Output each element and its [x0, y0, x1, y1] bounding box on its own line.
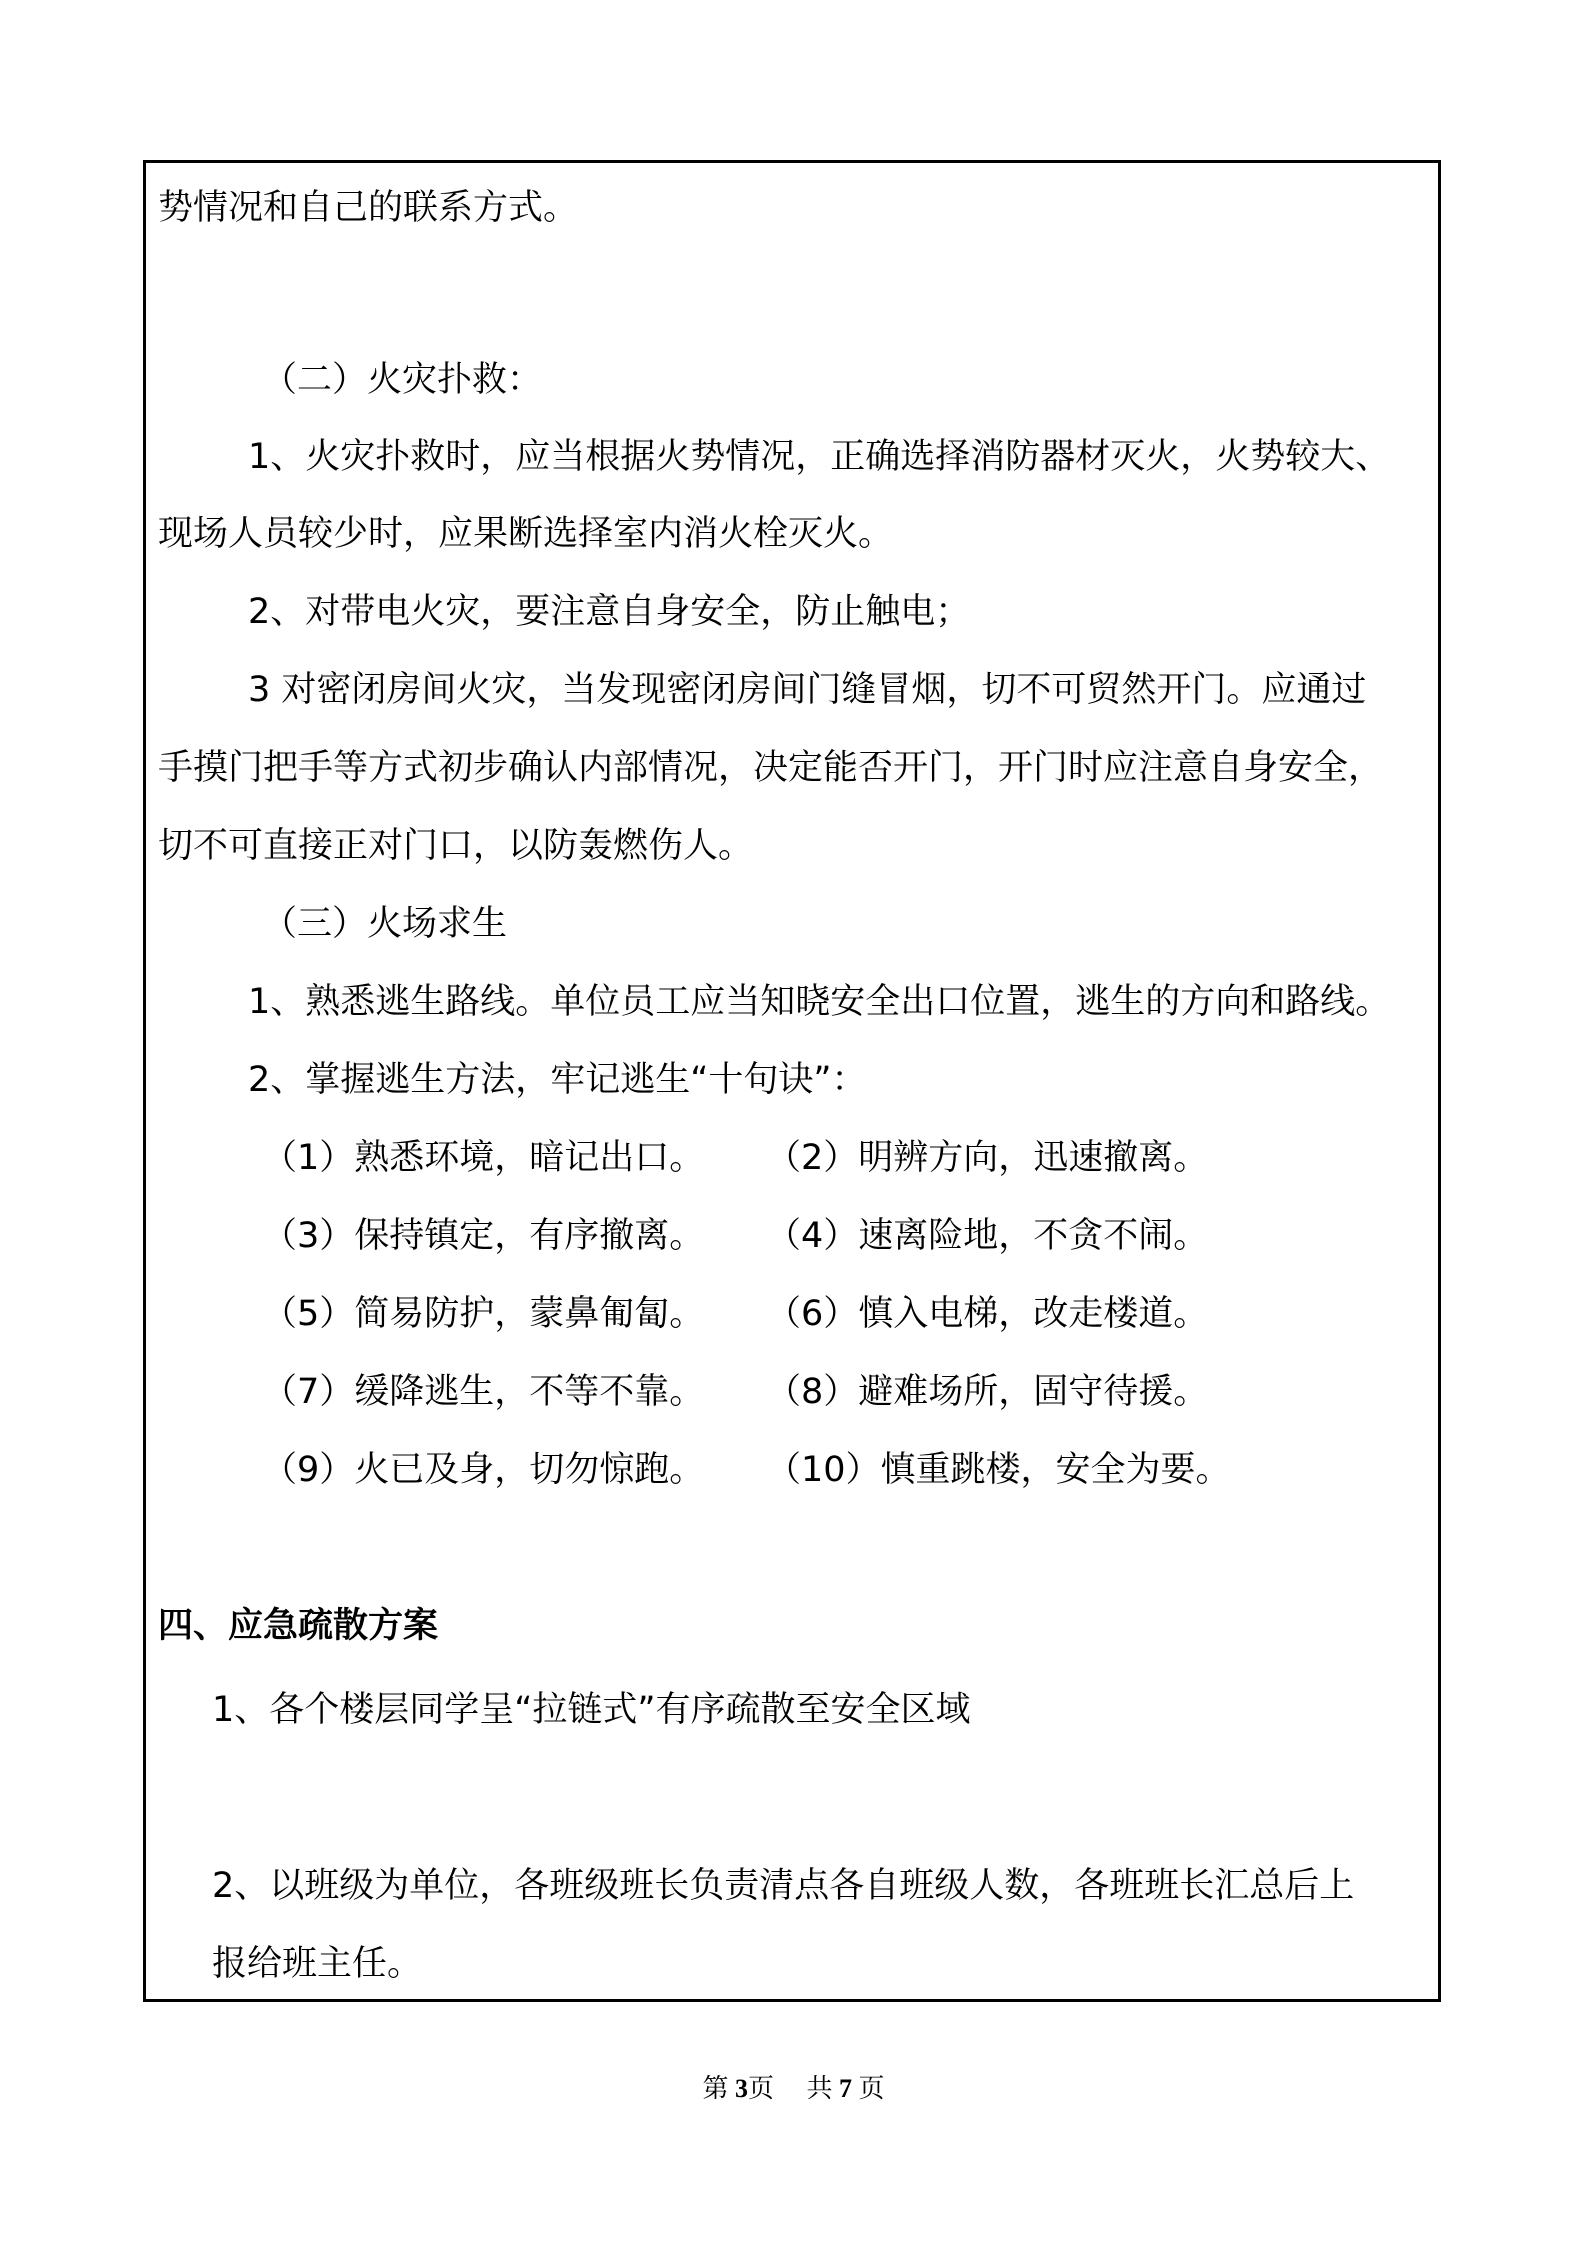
page-prefix: 第 [702, 2074, 728, 2103]
total-suffix: 页 [859, 2074, 885, 2103]
page-footer: 第 3页 共 7 页 [0, 2068, 1587, 2105]
section3-item-2: 2、掌握逃生方法，牢记逃生“十句诀”： [248, 1060, 867, 1100]
rule-10: （10）慎重跳楼，安全为要。 [766, 1450, 1231, 1490]
section2-item-2: 2、对带电火灾，要注意自身安全，防止触电； [248, 592, 970, 632]
page-current: 3 [735, 2074, 748, 2103]
rule-1: （1）熟悉环境，暗记出口。 [262, 1138, 704, 1178]
section2-item-1a: 1、火灾扑救时，应当根据火势情况，正确选择消防器材灭火，火势较大、 [248, 437, 1390, 477]
rule-8: （8）避难场所，固守待援。 [766, 1372, 1208, 1412]
section3-heading: （三）火场求生 [262, 904, 507, 944]
section2-item-1b: 现场人员较少时，应果断选择室内消火栓灭火。 [158, 514, 893, 554]
section2-item-3b: 手摸门把手等方式初步确认内部情况，决定能否开门，开门时应注意自身安全， [158, 748, 1383, 788]
section4-item-1: 1、各个楼层同学呈“拉链式”有序疏散至安全区域 [212, 1690, 971, 1730]
section3-item-1: 1、熟悉逃生路线。单位员工应当知晓安全出口位置，逃生的方向和路线。 [248, 982, 1390, 1022]
continuation-text: 势情况和自己的联系方式。 [158, 188, 578, 228]
rule-4: （4）速离险地，不贪不闹。 [766, 1216, 1208, 1256]
total-prefix: 共 [807, 2074, 833, 2103]
page-total: 7 [839, 2074, 852, 2103]
section2-item-3a: 3 对密闭房间火灾，当发现密闭房间门缝冒烟，切不可贸然开门。应通过 [248, 670, 1366, 710]
rule-5: （5）简易防护，蒙鼻匍匐。 [262, 1294, 704, 1334]
section4-item-2a: 2、以班级为单位，各班级班长负责清点各自班级人数，各班班长汇总后上 [212, 1866, 1354, 1906]
rule-9: （9）火已及身，切勿惊跑。 [262, 1450, 704, 1490]
section2-heading: （二）火灾扑救： [262, 360, 542, 400]
rule-2: （2）明辨方向，迅速撤离。 [766, 1138, 1208, 1178]
rule-6: （6）慎入电梯，改走楼道。 [766, 1294, 1208, 1334]
section4-heading: 四、应急疏散方案 [158, 1606, 438, 1646]
rule-7: （7）缓降逃生，不等不靠。 [262, 1372, 704, 1412]
section2-item-3c: 切不可直接正对门口，以防轰燃伤人。 [158, 826, 753, 866]
page-suffix: 页 [748, 2074, 774, 2103]
rule-3: （3）保持镇定，有序撤离。 [262, 1216, 704, 1256]
section4-item-2b: 报给班主任。 [212, 1944, 422, 1984]
